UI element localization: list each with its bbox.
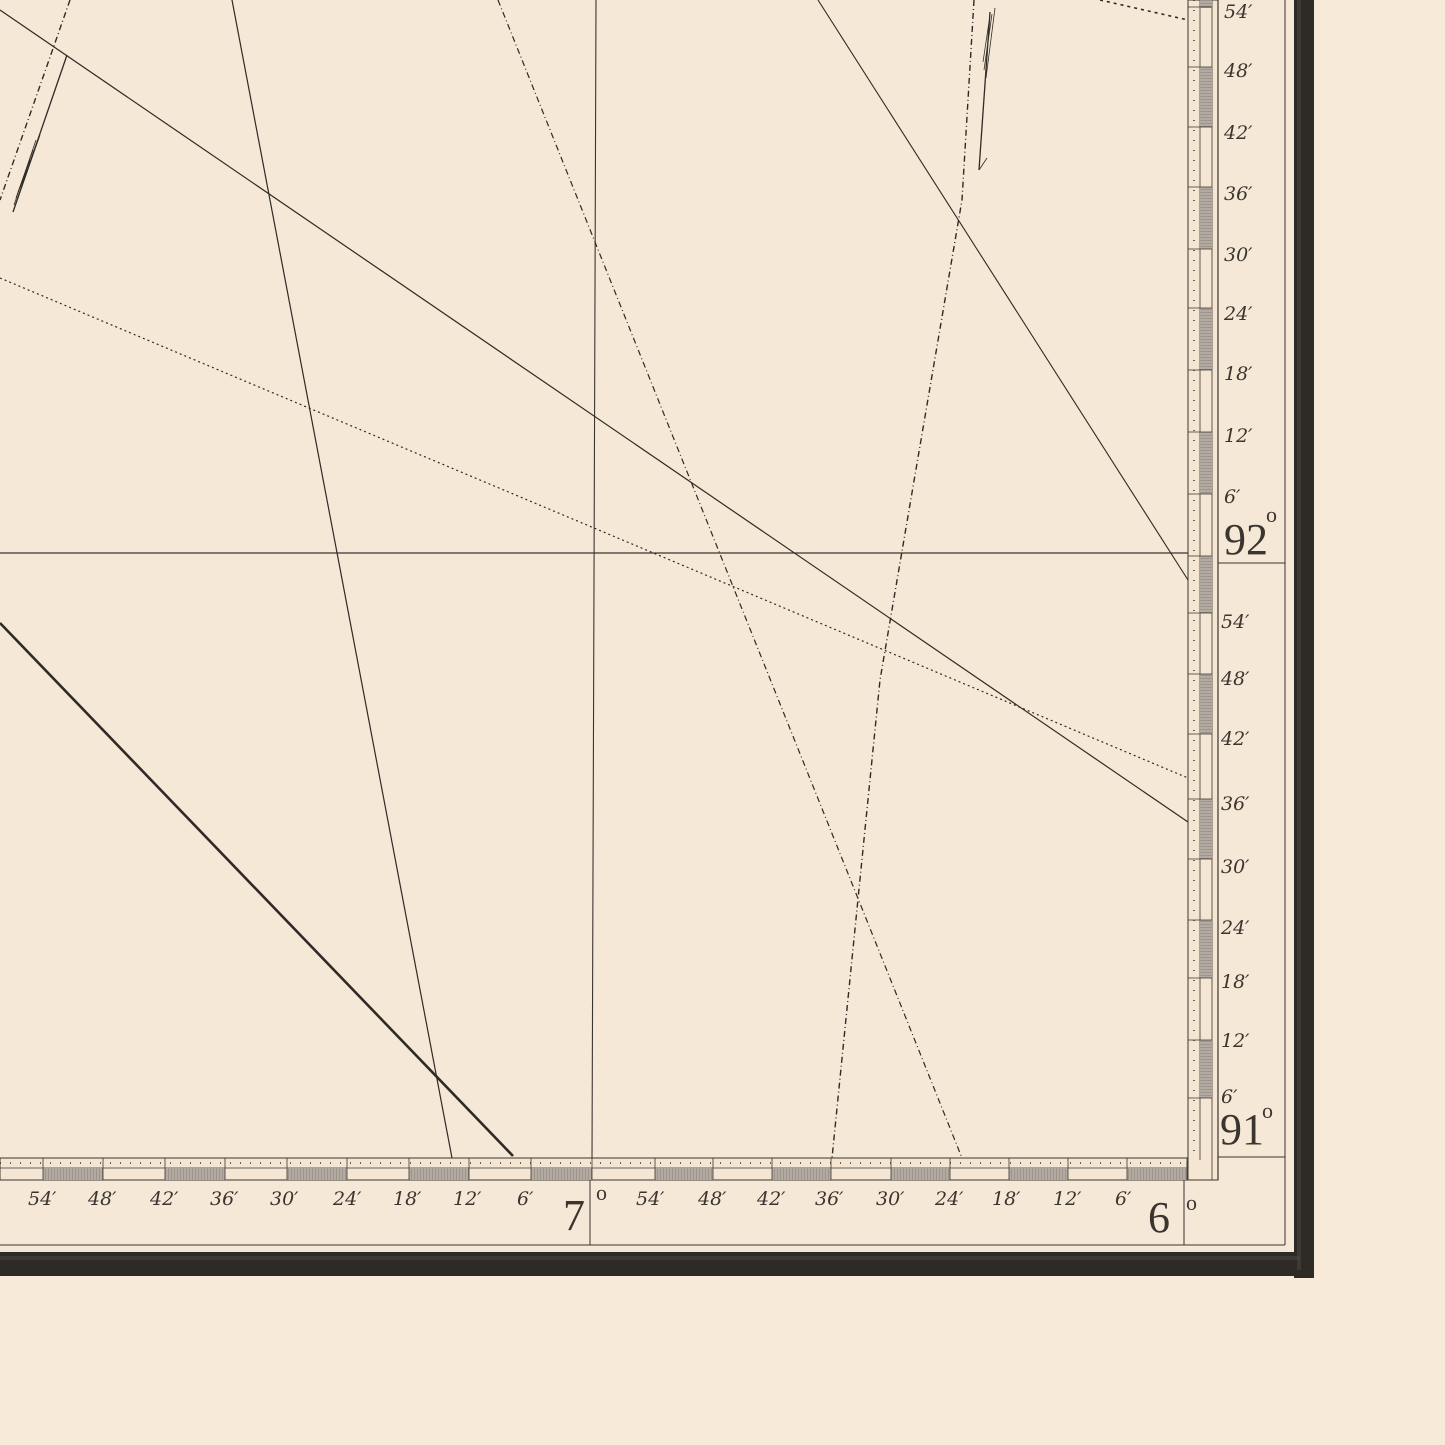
antique-chart-plate: 54′ 48′ 42′ 36′ 30′ 24′ 18′ 12′ 6′ 7 o 5… xyxy=(0,0,1445,1445)
bottom-left-min-48: 48′ xyxy=(87,1188,117,1210)
bottom-right-min-36: 36′ xyxy=(815,1188,844,1210)
bottom-left-min-54: 54′ xyxy=(28,1188,57,1210)
bottom-left-min-12: 12′ xyxy=(453,1188,482,1210)
right-lower-min-54: 54′ xyxy=(1221,611,1250,633)
right-lower-min-12: 12′ xyxy=(1221,1030,1250,1052)
bottom-right-min-54: 54′ xyxy=(636,1188,665,1210)
right-degree-92: 92 xyxy=(1224,515,1268,564)
bottom-degree-6-sup: o xyxy=(1186,1190,1197,1215)
right-upper-min-18: 18′ xyxy=(1224,363,1253,385)
right-lower-min-18: 18′ xyxy=(1221,971,1250,993)
bottom-right-min-30: 30′ xyxy=(876,1188,905,1210)
bottom-left-min-30: 30′ xyxy=(270,1188,299,1210)
right-upper-min-36: 36′ xyxy=(1224,183,1253,205)
right-degree-91-sup: o xyxy=(1262,1098,1273,1123)
bottom-left-min-36: 36′ xyxy=(210,1188,239,1210)
bottom-right-min-48: 48′ xyxy=(697,1188,727,1210)
bottom-degree-6: 6 xyxy=(1148,1193,1170,1242)
plate-area xyxy=(0,0,1300,1262)
frame-bottom-bar xyxy=(0,1252,1314,1276)
right-upper-min-6: 6′ xyxy=(1224,486,1241,508)
bottom-right-min-18: 18′ xyxy=(992,1188,1021,1210)
bottom-left-min-24: 24′ xyxy=(332,1188,362,1210)
right-upper-min-24: 24′ xyxy=(1223,303,1253,325)
right-upper-min-42: 42′ xyxy=(1223,122,1253,144)
bottom-left-min-42: 42′ xyxy=(149,1188,179,1210)
chart-canvas: 54′ 48′ 42′ 36′ 30′ 24′ 18′ 12′ 6′ 7 o 5… xyxy=(0,0,1445,1445)
bottom-degree-7-sup: o xyxy=(596,1180,607,1205)
right-lower-min-42: 42′ xyxy=(1220,728,1250,750)
right-lower-min-36: 36′ xyxy=(1221,793,1250,815)
right-lower-min-48: 48′ xyxy=(1220,668,1250,690)
right-upper-min-48: 48′ xyxy=(1223,60,1253,82)
bottom-degree-7: 7 xyxy=(563,1191,585,1240)
right-upper-min-12: 12′ xyxy=(1224,425,1253,447)
right-lower-min-30: 30′ xyxy=(1221,856,1250,878)
right-upper-min-54: 54′ xyxy=(1224,1,1253,23)
bottom-left-min-18: 18′ xyxy=(393,1188,422,1210)
bottom-right-min-24: 24′ xyxy=(934,1188,964,1210)
right-degree-91: 91 xyxy=(1220,1105,1264,1154)
right-lower-min-24: 24′ xyxy=(1220,917,1250,939)
bottom-right-min-42: 42′ xyxy=(756,1188,786,1210)
bottom-right-min-6: 6′ xyxy=(1115,1188,1132,1210)
bottom-right-min-12: 12′ xyxy=(1053,1188,1082,1210)
right-upper-min-30: 30′ xyxy=(1224,244,1253,266)
right-degree-92-sup: o xyxy=(1266,502,1277,527)
bottom-left-min-6: 6′ xyxy=(517,1188,534,1210)
